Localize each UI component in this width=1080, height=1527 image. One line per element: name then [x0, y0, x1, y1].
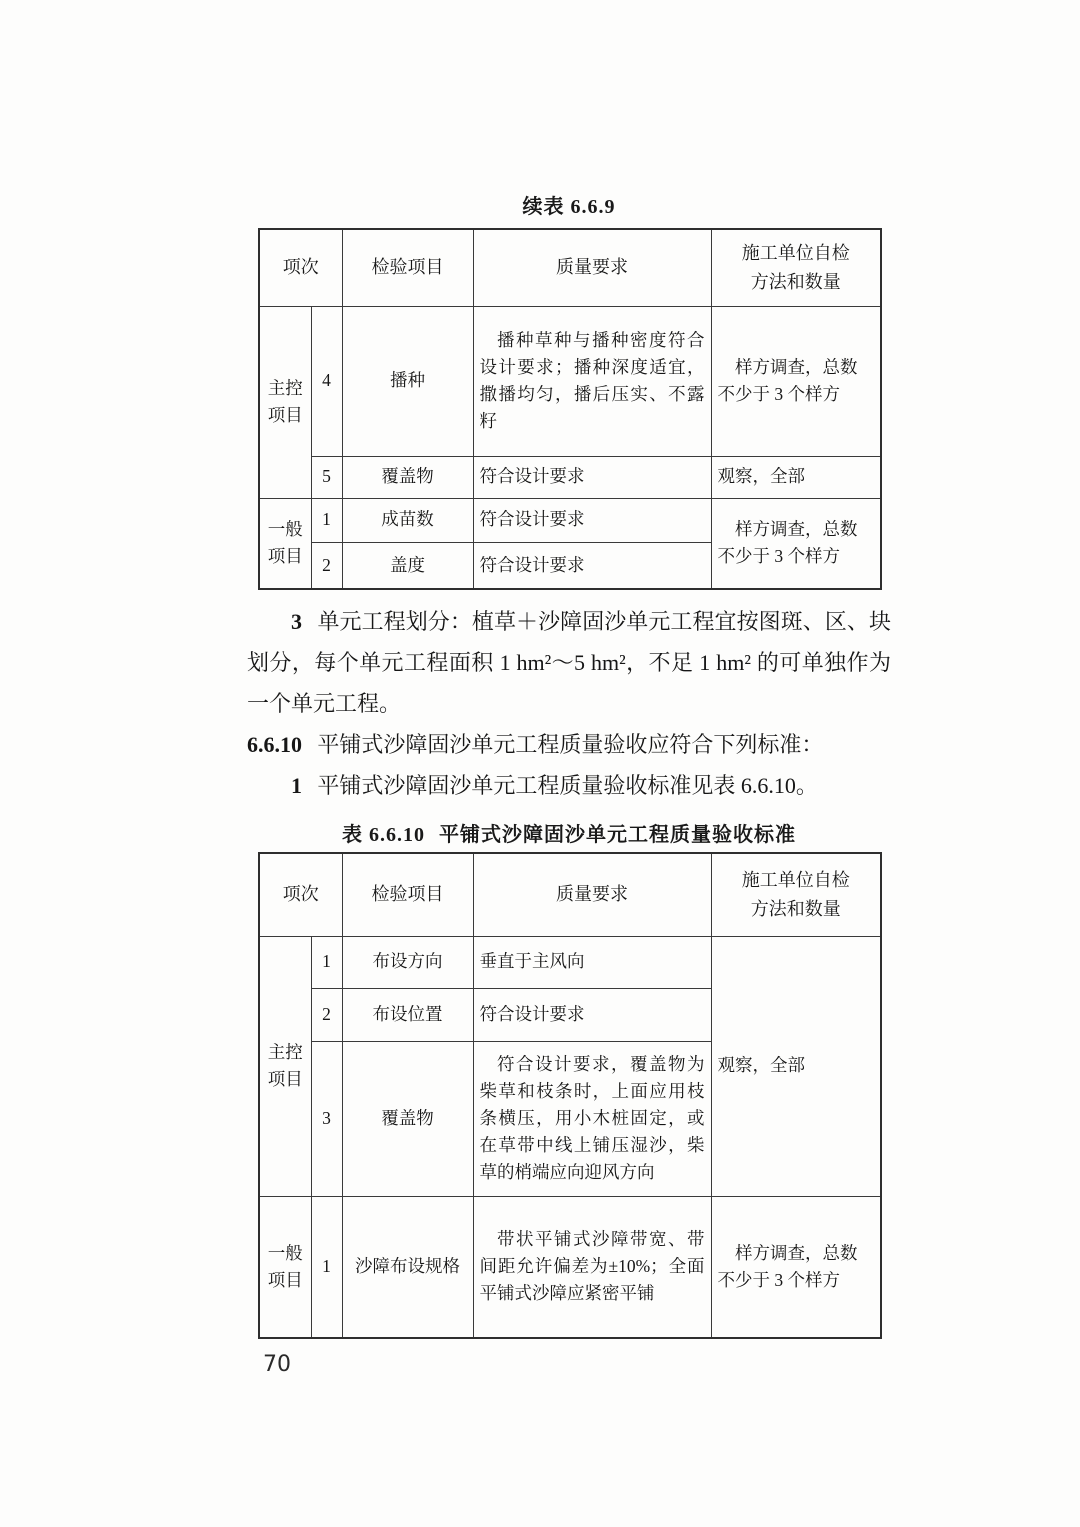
- header-method-line1: 施工单位自检: [718, 239, 875, 268]
- header-method-line2: 方法和数量: [718, 895, 875, 924]
- table-header-row: 项次 检验项目 质量要求 施工单位自检 方法和数量: [259, 229, 881, 306]
- group-label-main: 主控项目: [259, 936, 311, 1196]
- cell-method-shared: 观察，全部: [711, 936, 881, 1196]
- header-method: 施工单位自检 方法和数量: [711, 229, 881, 306]
- header-inspection-item: 检验项目: [342, 853, 473, 936]
- body-text: 3单元工程划分：植草＋沙障固沙单元工程宜按图斑、区、块划分，每个单元工程面积 1…: [247, 601, 891, 806]
- clause-6610: 6.6.10平铺式沙障固沙单元工程质量验收应符合下列标准：: [247, 724, 891, 765]
- cell-item: 盖度: [342, 542, 473, 589]
- cell-item: 覆盖物: [342, 456, 473, 498]
- page-number: 70: [263, 1352, 291, 1377]
- cell-no: 2: [311, 988, 342, 1041]
- table-6610-caption-title: 平铺式沙障固沙单元工程质量验收标准: [439, 824, 796, 846]
- table-row: 主控项目 1 布设方向 垂直于主风向 观察，全部: [259, 936, 881, 988]
- table-header-row: 项次 检验项目 质量要求 施工单位自检 方法和数量: [259, 853, 881, 936]
- table-row: 主控项目 4 播种 播种草种与播种密度符合设计要求；播种深度适宜，撒播均匀，播后…: [259, 306, 881, 456]
- cell-method: 观察，全部: [711, 456, 881, 498]
- header-method-line1: 施工单位自检: [718, 866, 875, 895]
- table-row: 5 覆盖物 符合设计要求 观察，全部: [259, 456, 881, 498]
- cell-req: 符合设计要求: [473, 542, 711, 589]
- table-669-caption: 续表 6.6.9: [258, 190, 880, 219]
- clause-number: 6.6.10: [247, 732, 302, 757]
- group-label-general: 一般项目: [259, 498, 311, 589]
- table-6610-caption: 表 6.6.10平铺式沙障固沙单元工程质量验收标准: [258, 818, 880, 847]
- cell-method: 样方调查，总数不少于 3 个样方: [711, 306, 881, 456]
- cell-no: 2: [311, 542, 342, 589]
- header-item-no: 项次: [259, 229, 342, 306]
- paragraph-number: 3: [291, 609, 302, 634]
- clause-6610-item1: 1平铺式沙障固沙单元工程质量验收标准见表 6.6.10。: [247, 765, 891, 806]
- cell-req: 带状平铺式沙障带宽、带间距允许偏差为±10%；全面平铺式沙障应紧密平铺: [473, 1196, 711, 1338]
- clause-text: 平铺式沙障固沙单元工程质量验收应符合下列标准：: [317, 732, 823, 757]
- cell-no: 1: [311, 936, 342, 988]
- cell-item: 播种: [342, 306, 473, 456]
- item-text: 平铺式沙障固沙单元工程质量验收标准见表 6.6.10。: [317, 773, 818, 798]
- table-6610: 项次 检验项目 质量要求 施工单位自检 方法和数量 主控项目 1 布设方向 垂直…: [258, 852, 882, 1339]
- cell-item: 成苗数: [342, 498, 473, 542]
- cell-req: 播种草种与播种密度符合设计要求；播种深度适宜，撒播均匀，播后压实、不露籽: [473, 306, 711, 456]
- cell-req: 垂直于主风向: [473, 936, 711, 988]
- cell-req: 符合设计要求: [473, 498, 711, 542]
- table-669-continued: 项次 检验项目 质量要求 施工单位自检 方法和数量 主控项目 4 播种 播种草种…: [258, 228, 882, 590]
- cell-item: 布设位置: [342, 988, 473, 1041]
- group-label-general: 一般项目: [259, 1196, 311, 1338]
- table-row: 一般项目 1 成苗数 符合设计要求 样方调查，总数不少于 3 个样方: [259, 498, 881, 542]
- cell-no: 4: [311, 306, 342, 456]
- cell-item: 覆盖物: [342, 1041, 473, 1196]
- table-6610-caption-label: 表 6.6.10: [342, 824, 425, 846]
- cell-req: 符合设计要求: [473, 456, 711, 498]
- header-inspection-item: 检验项目: [342, 229, 473, 306]
- header-item-no: 项次: [259, 853, 342, 936]
- header-quality-req: 质量要求: [473, 229, 711, 306]
- cell-item: 布设方向: [342, 936, 473, 988]
- table-row: 一般项目 1 沙障布设规格 带状平铺式沙障带宽、带间距允许偏差为±10%；全面平…: [259, 1196, 881, 1338]
- group-label-main: 主控项目: [259, 306, 311, 498]
- header-method-line2: 方法和数量: [718, 268, 875, 297]
- header-quality-req: 质量要求: [473, 853, 711, 936]
- header-method: 施工单位自检 方法和数量: [711, 853, 881, 936]
- cell-no: 1: [311, 1196, 342, 1338]
- cell-method-shared: 样方调查，总数不少于 3 个样方: [711, 498, 881, 589]
- cell-method: 样方调查，总数不少于 3 个样方: [711, 1196, 881, 1338]
- document-page: 续表 6.6.9 项次 检验项目 质量要求 施工单位自检 方法和数量 主控项目 …: [0, 0, 1080, 1527]
- cell-item: 沙障布设规格: [342, 1196, 473, 1338]
- cell-req: 符合设计要求: [473, 988, 711, 1041]
- item-number: 1: [291, 773, 302, 798]
- paragraph-text: 单元工程划分：植草＋沙障固沙单元工程宜按图斑、区、块划分，每个单元工程面积 1 …: [247, 609, 891, 716]
- cell-no: 3: [311, 1041, 342, 1196]
- cell-no: 5: [311, 456, 342, 498]
- cell-req: 符合设计要求，覆盖物为柴草和枝条时，上面应用枝条横压，用小木桩固定，或在草带中线…: [473, 1041, 711, 1196]
- paragraph-unit-division: 3单元工程划分：植草＋沙障固沙单元工程宜按图斑、区、块划分，每个单元工程面积 1…: [247, 601, 891, 724]
- cell-no: 1: [311, 498, 342, 542]
